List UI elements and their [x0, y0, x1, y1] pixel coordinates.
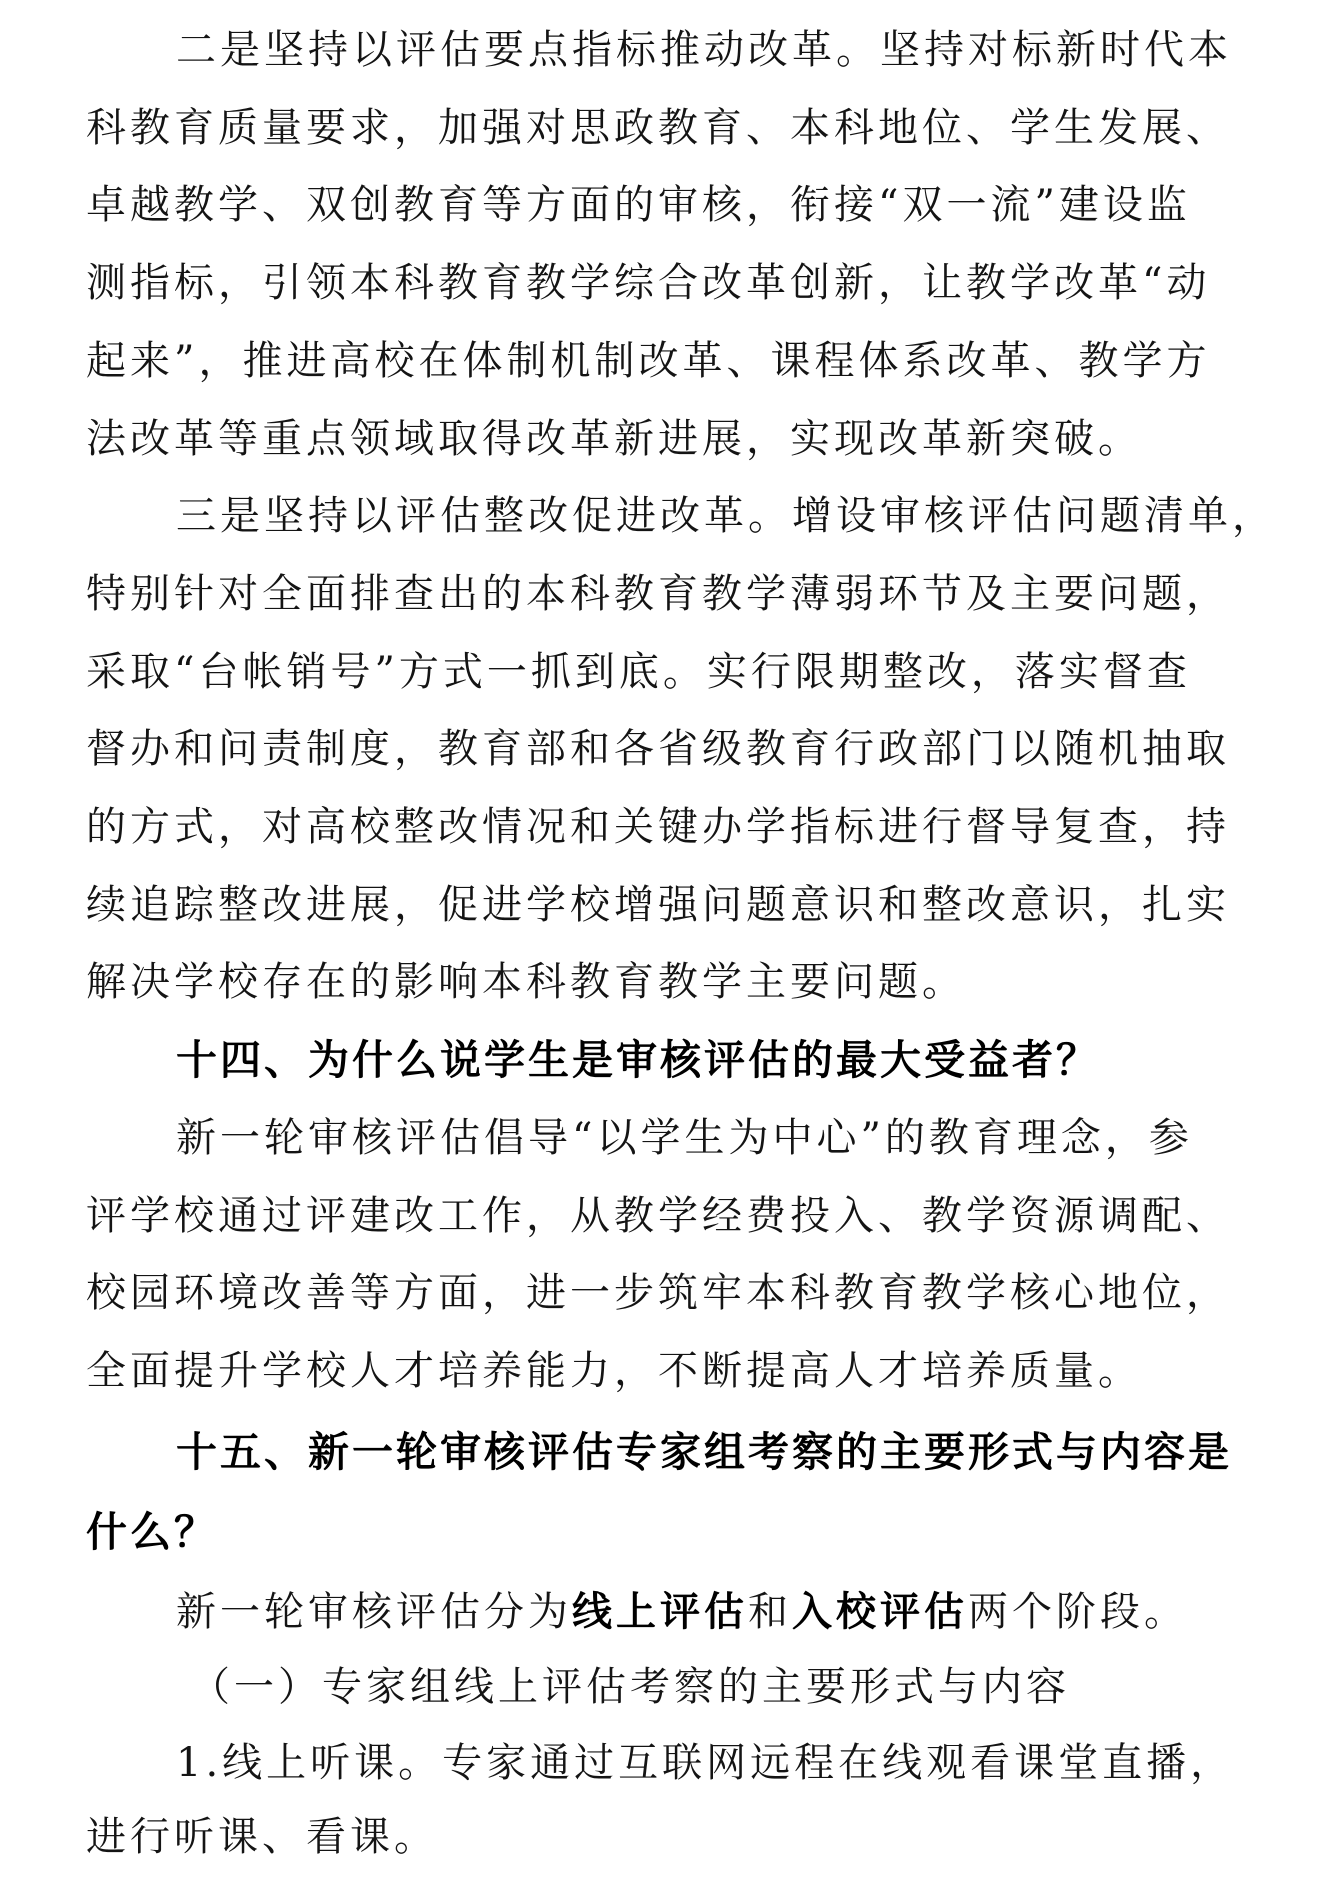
paragraph-2-line: 起来”，推进高校在体制机制改革、课程体系改革、教学方	[86, 322, 1210, 400]
section-14-line: 全面提升学校人才培养能力，不断提高人才培养质量。	[86, 1332, 1142, 1410]
emphasis-online-evaluation: 线上评估	[572, 1589, 748, 1635]
section-14-heading: 十四、为什么说学生是审核评估的最大受益者？	[176, 1021, 1100, 1099]
section-14-line: 校园环境改善等方面，进一步筑牢本科教育教学核心地位，	[86, 1254, 1230, 1332]
section-15-item-1-line: 1.线上听课。专家通过互联网远程在线观看课堂直播，	[176, 1724, 1234, 1802]
section-15-heading: 十五、新一轮审核评估专家组考察的主要形式与内容是	[176, 1413, 1232, 1491]
section-14-line: 新一轮审核评估倡导“以学生为中心”的教育理念，参	[176, 1099, 1193, 1177]
section-14-line: 评学校通过评建改工作，从教学经费投入、教学资源调配、	[86, 1177, 1230, 1255]
paragraph-3-line: 解决学校存在的影响本科教育教学主要问题。	[86, 943, 966, 1021]
paragraph-3-line: 特别针对全面排查出的本科教育教学薄弱环节及主要问题，	[86, 555, 1230, 633]
paragraph-3-line: 三是坚持以评估整改促进改革。增设审核评估问题清单，	[176, 477, 1276, 555]
paragraph-3-line: 的方式，对高校整改情况和关键办学指标进行督导复查，持	[86, 788, 1230, 866]
section-15-heading-continued: 什么？	[86, 1493, 218, 1571]
paragraph-2-line: 二是坚持以评估要点指标推动改革。坚持对标新时代本	[176, 11, 1232, 89]
intro-prefix: 新一轮审核评估分为	[176, 1589, 572, 1635]
emphasis-onsite-evaluation: 入校评估	[792, 1589, 968, 1635]
intro-suffix: 两个阶段。	[968, 1589, 1188, 1635]
paragraph-3-line: 采取“台帐销号”方式一抓到底。实行限期整改，落实督查	[86, 633, 1191, 711]
section-15-intro: 新一轮审核评估分为线上评估和入校评估两个阶段。	[176, 1573, 1188, 1651]
paragraph-3-line: 续追踪整改进展，促进学校增强问题意识和整改意识，扎实	[86, 866, 1230, 944]
document-page: 二是坚持以评估要点指标推动改革。坚持对标新时代本 科教育质量要求，加强对思政教育…	[0, 0, 1323, 1889]
paragraph-2-line: 科教育质量要求，加强对思政教育、本科地位、学生发展、	[86, 89, 1230, 167]
section-15-subheading: （一）专家组线上评估考察的主要形式与内容	[190, 1648, 1070, 1726]
paragraph-3-line: 督办和问责制度，教育部和各省级教育行政部门以随机抽取	[86, 710, 1230, 788]
intro-middle: 和	[748, 1589, 792, 1635]
paragraph-2-line: 测指标，引领本科教育教学综合改革创新，让教学改革“动	[86, 244, 1210, 322]
paragraph-2-line: 法改革等重点领域取得改革新进展，实现改革新突破。	[86, 400, 1142, 478]
section-15-item-1-line: 进行听课、看课。	[86, 1798, 438, 1876]
paragraph-2-line: 卓越教学、双创教育等方面的审核，衔接“双一流”建设监	[86, 166, 1191, 244]
